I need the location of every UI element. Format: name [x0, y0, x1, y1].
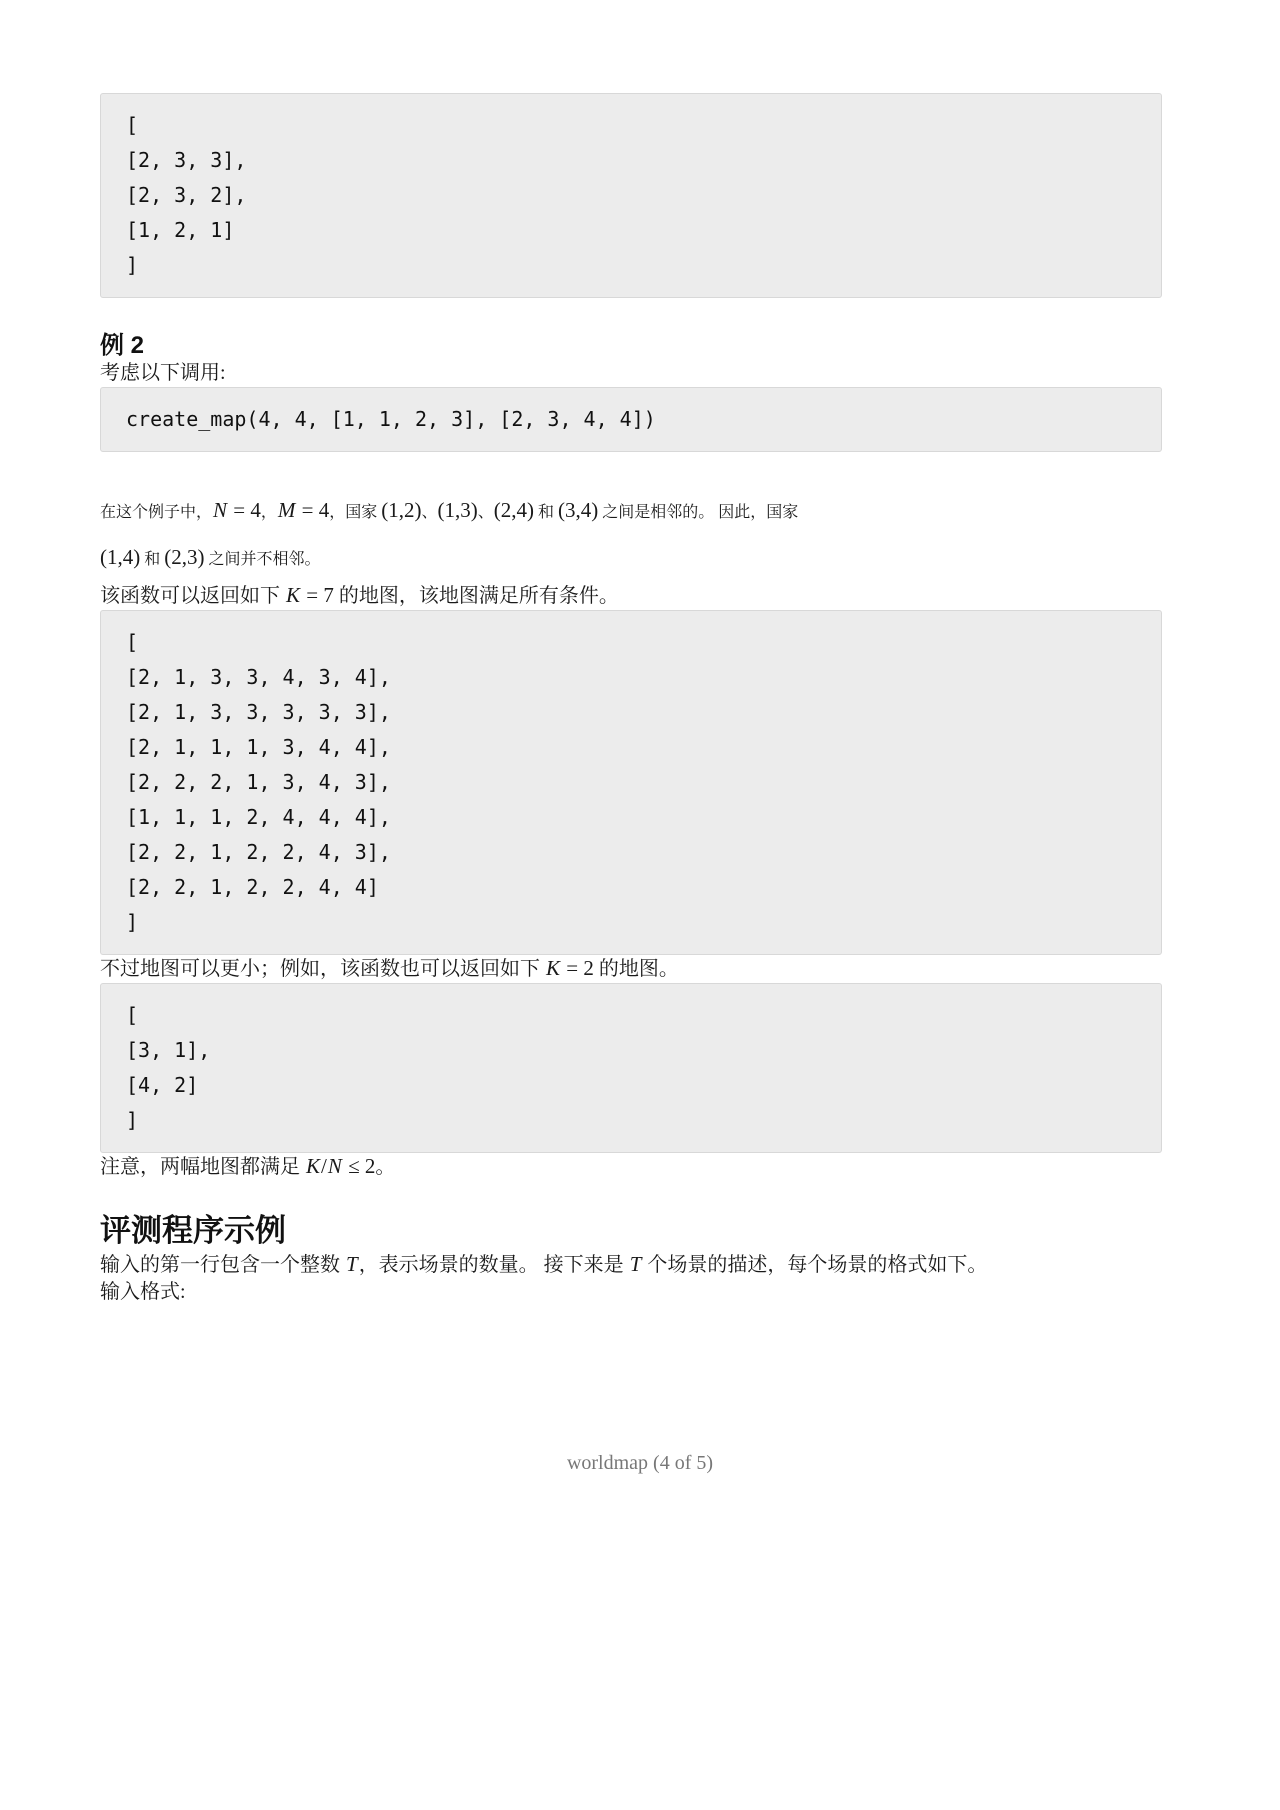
heading-grader-example: 评测程序示例 [100, 1211, 1162, 1251]
paragraph-smaller-map: 不过地图可以更小；例如，该函数也可以返回如下 K = 2 的地图。 [100, 955, 1162, 983]
code-block-example1-result-map: [ [2, 3, 3], [2, 3, 2], [1, 2, 1] ] [100, 93, 1162, 298]
paragraph-example-description-line-2: (1,4) 和 (2,3) 之间并不相邻。 [100, 535, 1162, 582]
paragraph-example-description-line-1: 在这个例子中，N = 4，M = 4，国家 (1,2)、(1,3)、(2,4) … [100, 488, 1162, 535]
paragraph-example-description: 在这个例子中，N = 4，M = 4，国家 (1,2)、(1,3)、(2,4) … [100, 488, 1162, 582]
document-page: [ [2, 3, 3], [2, 3, 2], [1, 2, 1] ] 例 2 … [0, 0, 1280, 1810]
paragraph-consider-call: 考虑以下调用: [100, 360, 1162, 387]
code-block-example2-map-k7: [ [2, 1, 3, 3, 4, 3, 4], [2, 1, 3, 3, 3,… [100, 610, 1162, 955]
heading-example-2: 例 2 [100, 332, 1162, 360]
code-block-example2-map-k2: [ [3, 1], [4, 2] ] [100, 983, 1162, 1153]
paragraph-input-format-label: 输入格式: [100, 1279, 1162, 1306]
paragraph-note-k-over-n: 注意，两幅地图都满足 K/N ≤ 2。 [100, 1153, 1162, 1181]
paragraph-k7-map-intro: 该函数可以返回如下 K = 7 的地图，该地图满足所有条件。 [100, 582, 1162, 610]
document-content: [ [2, 3, 3], [2, 3, 2], [1, 2, 1] ] 例 2 … [100, 0, 1162, 1475]
paragraph-grader-input-description: 输入的第一行包含一个整数 T，表示场景的数量。 接下来是 T 个场景的描述，每个… [100, 1251, 1162, 1279]
code-block-create-map-call: create_map(4, 4, [1, 1, 2, 3], [2, 3, 4,… [100, 387, 1162, 452]
page-footer: worldmap (4 of 5) [100, 1452, 1180, 1475]
